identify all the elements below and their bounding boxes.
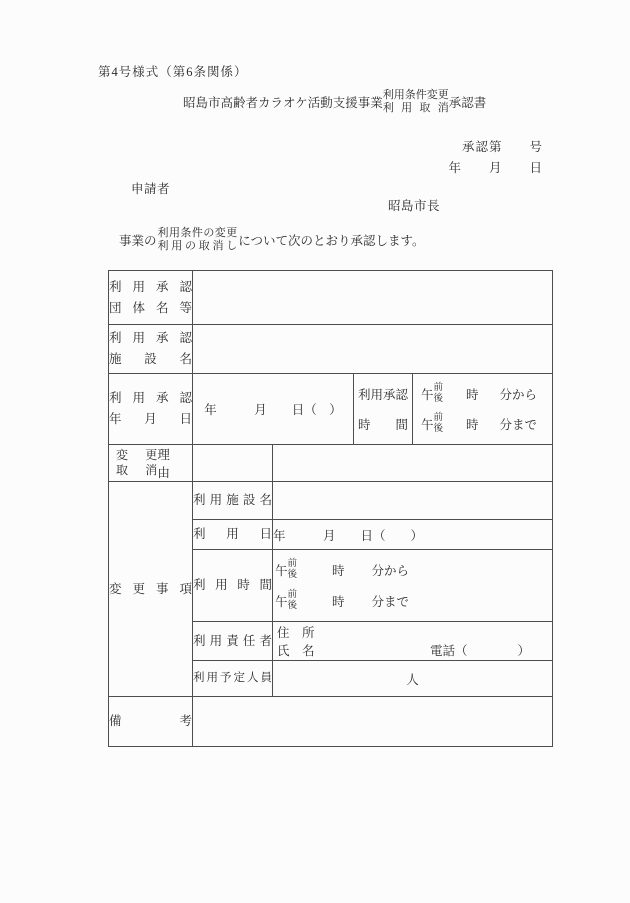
noon-char: 午 (275, 592, 288, 610)
label-remarks: 備 考 (109, 697, 193, 747)
approval-number-line: 承認第 号 (462, 137, 543, 155)
field-usage-facility-value (273, 482, 553, 520)
approval-form-table: 利 用 承 認 団 体 名 等 利 用 承 認 施 設 名 利 用 承 認 年 … (108, 270, 553, 747)
label-usage-manager: 利用責任者 (193, 622, 273, 661)
label-approved-date-line2: 年 月 日 (109, 409, 192, 430)
approved-time-from-line: 午 前 後 時 分から (413, 383, 552, 405)
title-suffix: 承認書 (449, 93, 487, 111)
label-change-section-text: 変 更 事 項 (109, 579, 192, 600)
field-approved-group-value (193, 271, 553, 325)
minute-to-label: 分まで (372, 592, 410, 610)
field-usage-time-value: 午 前 後 時 分から 午 前 (273, 550, 553, 622)
field-remarks-value (193, 697, 553, 747)
am-char: 前 (434, 413, 444, 424)
label-approved-facility: 利 用 承 認 施 設 名 (109, 325, 193, 374)
field-approved-facility-value (193, 325, 553, 374)
hour-label: 時 (332, 592, 345, 610)
ampm-selector: 午 前 後 (275, 559, 297, 581)
minute-from-label: 分から (500, 385, 538, 403)
cancel-char: 取 消 (116, 463, 157, 478)
form-number: 第4号様式（第6条関係） (98, 62, 248, 80)
label-usage-manager-text: 利用責任者 (193, 634, 272, 649)
applicant-label: 申請者 (131, 179, 170, 197)
field-change-reason-value (273, 445, 553, 482)
field-usage-date-value: 年 月 日（ ） (273, 520, 553, 550)
ampm-selector: 午 前 後 (421, 383, 443, 405)
field-change-reason-left (193, 445, 273, 482)
row-remarks: 備 考 (109, 697, 553, 747)
manager-name-label: 氏 名 (277, 641, 315, 659)
ampm-stack: 前 後 (434, 413, 444, 435)
mayor-label: 昭島市長 (388, 196, 440, 214)
intro-stacked-options: 利用条件の変更 利 用 の 取 消 し (158, 227, 238, 253)
label-approved-facility-line1: 利 用 承 認 (109, 328, 192, 349)
manager-name-phone-line: 氏 名 電話（ ） (277, 641, 530, 659)
intro-sentence: 事業の 利用条件の変更 利 用 の 取 消 し について次のとおり承認します。 (119, 227, 425, 253)
row-change-facility: 変 更 事 項 利用施設名 (109, 482, 553, 520)
pm-char: 後 (288, 601, 298, 612)
field-planned-headcount-value: 人 (273, 661, 553, 697)
title-option-cancel: 利 用 取 消 (383, 102, 449, 115)
label-usage-facility: 利用施設名 (193, 482, 273, 520)
approval-form-page: 第4号様式（第6条関係） 昭島市高齢者カラオケ活動支援事業 利用条件変更 利 用… (0, 0, 630, 903)
approved-time-to-line: 午 前 後 時 分まで (413, 413, 552, 435)
row-change-reason: 変 更 取 消 理 由 (109, 445, 553, 482)
label-remarks-text: 備 考 (109, 711, 192, 732)
label-change-reason: 変 更 取 消 理 由 (109, 445, 193, 482)
am-char: 前 (434, 383, 444, 394)
field-approved-date-value: 年 月 日（ ） (193, 374, 354, 445)
manager-phone-label: 電話（ ） (430, 641, 530, 659)
ampm-selector: 午 前 後 (421, 413, 443, 435)
change-char: 変 更 (116, 448, 157, 463)
noon-char: 午 (275, 561, 288, 579)
field-approved-time-value: 午 前 後 時 分から 午 前 (413, 374, 553, 445)
label-approved-time-line1: 利用承認 (358, 385, 408, 403)
reason-label: 理 由 (157, 445, 185, 481)
document-title: 昭島市高齢者カラオケ活動支援事業 利用条件変更 利 用 取 消 承認書 (183, 89, 486, 115)
pm-char: 後 (434, 394, 444, 405)
hour-label: 時 (466, 385, 479, 403)
label-usage-time: 利 用 時 間 (193, 550, 273, 622)
label-planned-headcount-text: 利用予定人員 (193, 672, 272, 686)
intro-suffix: について次のとおり承認します。 (238, 231, 424, 249)
label-change-section: 変 更 事 項 (109, 482, 193, 697)
label-usage-date-text: 利 用 日 (193, 527, 272, 542)
ampm-stack: 前 後 (434, 383, 444, 405)
label-approved-facility-line2: 施 設 名 (109, 349, 192, 370)
change-reason-stack: 変 更 取 消 (116, 448, 157, 478)
title-prefix: 昭島市高齢者カラオケ活動支援事業 (183, 93, 383, 111)
label-planned-headcount: 利用予定人員 (193, 661, 273, 697)
am-char: 前 (288, 590, 298, 601)
usage-time-from-line: 午 前 後 時 分から (273, 559, 552, 581)
ampm-stack: 前 後 (288, 590, 298, 612)
title-option-change: 利用条件変更 (383, 89, 449, 102)
field-usage-manager-value: 住 所 氏 名 電話（ ） (273, 622, 553, 661)
label-approved-time-line2: 時 間 (358, 415, 408, 433)
label-approved-date-line1: 利 用 承 認 (109, 388, 192, 409)
noon-char: 午 (421, 415, 434, 433)
pm-char: 後 (288, 570, 298, 581)
title-stacked-options: 利用条件変更 利 用 取 消 (383, 89, 449, 115)
ampm-selector: 午 前 後 (275, 590, 297, 612)
am-char: 前 (288, 559, 298, 570)
intro-prefix: 事業の (119, 231, 157, 249)
noon-char: 午 (421, 385, 434, 403)
hour-label: 時 (332, 561, 345, 579)
label-approved-group: 利 用 承 認 団 体 名 等 (109, 271, 193, 325)
minute-to-label: 分まで (500, 415, 538, 433)
row-approved-group: 利 用 承 認 団 体 名 等 (109, 271, 553, 325)
row-approved-date-time: 利 用 承 認 年 月 日 年 月 日（ ） 利用承認 時 間 午 前 (109, 374, 553, 445)
pm-char: 後 (434, 424, 444, 435)
ampm-stack: 前 後 (288, 559, 298, 581)
hour-label: 時 (466, 415, 479, 433)
label-approved-group-line1: 利 用 承 認 (109, 277, 192, 298)
manager-address-label: 住 所 (277, 623, 530, 641)
label-usage-date: 利 用 日 (193, 520, 273, 550)
intro-option-change: 利用条件の変更 (158, 227, 238, 240)
label-approved-date: 利 用 承 認 年 月 日 (109, 374, 193, 445)
label-approved-group-line2: 団 体 名 等 (109, 298, 192, 319)
usage-time-to-line: 午 前 後 時 分まで (273, 590, 552, 612)
issue-date-line: 年 月 日 (448, 158, 543, 176)
label-usage-facility-text: 利用施設名 (193, 493, 272, 508)
intro-option-cancel: 利 用 の 取 消 し (158, 240, 238, 253)
label-approved-time: 利用承認 時 間 (354, 374, 413, 445)
minute-from-label: 分から (372, 561, 410, 579)
label-usage-time-text: 利 用 時 間 (193, 578, 272, 593)
row-approved-facility: 利 用 承 認 施 設 名 (109, 325, 553, 374)
